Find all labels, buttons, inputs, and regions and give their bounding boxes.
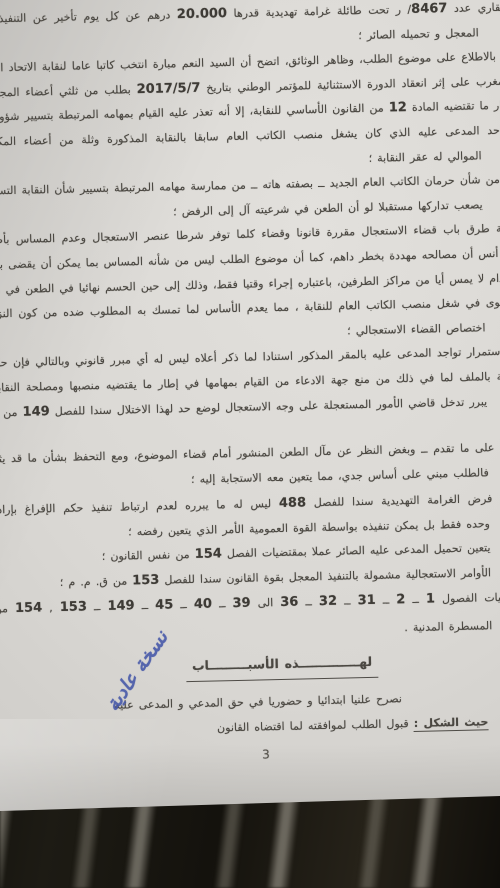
- number-text: 153: [60, 599, 87, 615]
- number-text: 154: [15, 600, 42, 616]
- number-text: 36: [280, 594, 298, 609]
- number-text: 12: [389, 100, 407, 115]
- number-text: 149: [22, 404, 49, 420]
- number-text: 39: [232, 595, 250, 610]
- number-text: 8467: [411, 1, 448, 17]
- number-text: 40: [194, 596, 212, 611]
- number-text: 20.000: [177, 6, 227, 22]
- number-text: 1: [426, 591, 435, 606]
- number-text: 153: [132, 573, 159, 589]
- document-body: العقاري عدد 8467/ ر تحت طائلة غرامة تهدي…: [0, 0, 495, 746]
- paragraph: لهــــــــــــــذه الأسبـــــــــاب: [0, 647, 493, 687]
- number-text: 31: [357, 592, 375, 607]
- paper-sheet: العقاري عدد 8467/ ر تحت طائلة غرامة تهدي…: [0, 0, 500, 814]
- text-line: لهــــــــــــــذه الأسبـــــــــاب: [0, 647, 493, 687]
- number-text: 2017/5/7: [136, 80, 200, 96]
- number-text: 149: [107, 598, 134, 614]
- underlined-lead-text: حيث الشكل :: [414, 715, 489, 732]
- paragraph: إن استمرار تواجد المدعى عليه بالمقر المذ…: [0, 341, 487, 426]
- document-photo: العقاري عدد 8467/ ر تحت طائلة غرامة تهدي…: [0, 0, 500, 888]
- paragraph: مكنة طرق باب قضاء الاستعجال مقررة قانونا…: [0, 218, 486, 352]
- heading-text: لهــــــــــــــذه الأسبـــــــــاب: [186, 650, 379, 683]
- number-text: 488: [279, 496, 306, 512]
- number-text: 154: [195, 547, 222, 563]
- paragraph: أنه بالاطلاع على موضوع الطلب، وظاهر الوث…: [0, 46, 482, 180]
- number-text: 32: [319, 593, 337, 608]
- number-text: 2: [396, 592, 405, 607]
- paragraph: ترتيبا على ما تقدم ــ وبغض النظر عن مآل …: [0, 436, 489, 496]
- document-content: العقاري عدد 8467/ ر تحت طائلة غرامة تهدي…: [0, 0, 495, 774]
